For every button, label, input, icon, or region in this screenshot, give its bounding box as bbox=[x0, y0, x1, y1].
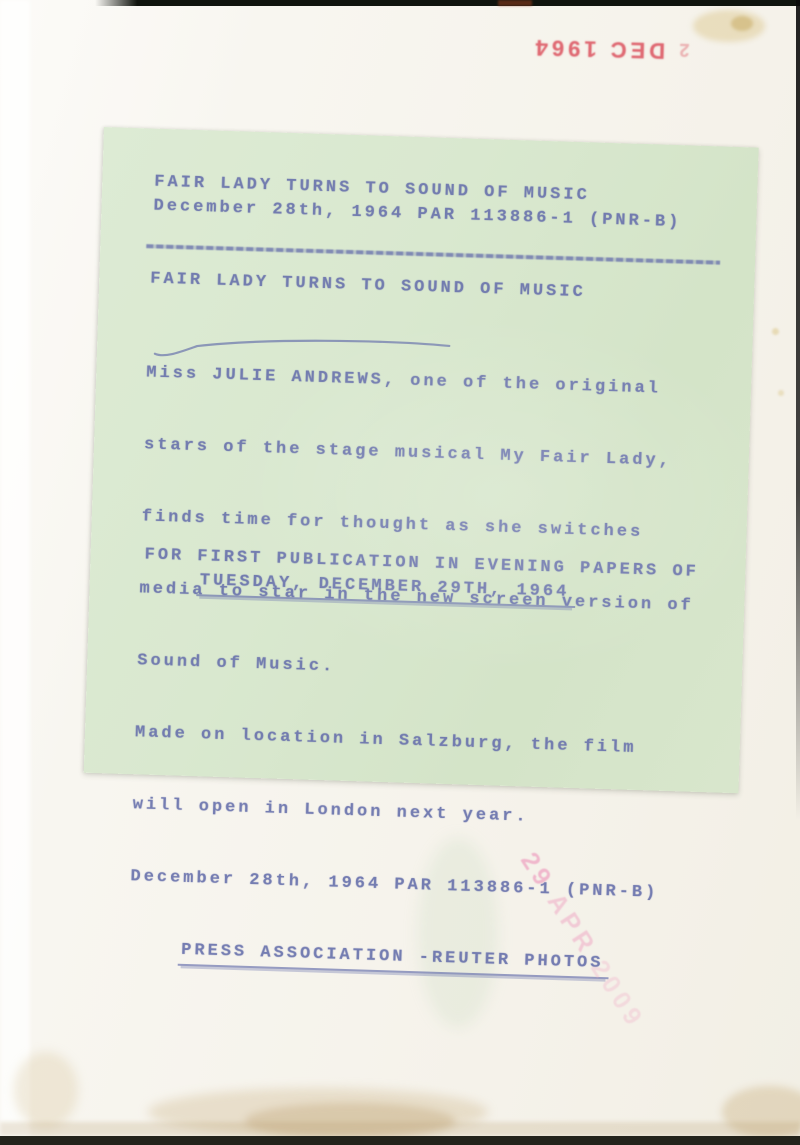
body-line: Sound of Music. bbox=[137, 649, 692, 690]
stain-right-dot bbox=[772, 328, 779, 335]
received-date-stamp: 2 DEC 1964 bbox=[508, 30, 714, 67]
backing-highlight-band bbox=[0, 0, 30, 1145]
credit-line-underlined: PRESS ASSOCIATION -REUTER PHOTOS bbox=[178, 939, 610, 980]
scan-edge-blotch bbox=[498, 0, 532, 6]
body-line: will open in London next year. bbox=[132, 793, 687, 834]
received-stamp-date: DEC 1964 bbox=[531, 35, 665, 63]
caption-header: FAIR LADY TURNS TO SOUND OF MUSICDecembe… bbox=[153, 171, 682, 236]
stain-top-right-dark bbox=[731, 16, 753, 31]
scan-edge-right bbox=[796, 0, 800, 820]
received-stamp-day: 2 bbox=[675, 40, 690, 60]
body-line: December 28th, 1964 PAR 113886-1 (PNR-B) bbox=[130, 865, 685, 906]
body-line: Miss JULIE ANDREWS, one of the original bbox=[146, 361, 701, 402]
stain-bottom-corner bbox=[14, 1052, 78, 1128]
typed-divider-rule bbox=[146, 244, 720, 265]
scan-edge-bottom bbox=[0, 1136, 800, 1145]
stain-bottom-strip bbox=[0, 1122, 800, 1136]
stain-right-dot bbox=[778, 390, 784, 396]
body-line: Made on location in Salzburg, the film bbox=[135, 721, 690, 762]
photo-backing-scan: 2 DEC 1964 FAIR LADY TURNS TO SOUND OF M… bbox=[0, 0, 800, 1145]
caption-sheet: FAIR LADY TURNS TO SOUND OF MUSICDecembe… bbox=[84, 127, 759, 793]
body-line: stars of the stage musical My Fair Lady, bbox=[144, 433, 699, 474]
caption-title: FAIR LADY TURNS TO SOUND OF MUSIC bbox=[150, 268, 586, 306]
scan-edge-top bbox=[95, 0, 800, 6]
caption-body: Miss JULIE ANDREWS, one of the original … bbox=[126, 313, 702, 1029]
body-line: finds time for thought as she switches bbox=[141, 505, 696, 546]
